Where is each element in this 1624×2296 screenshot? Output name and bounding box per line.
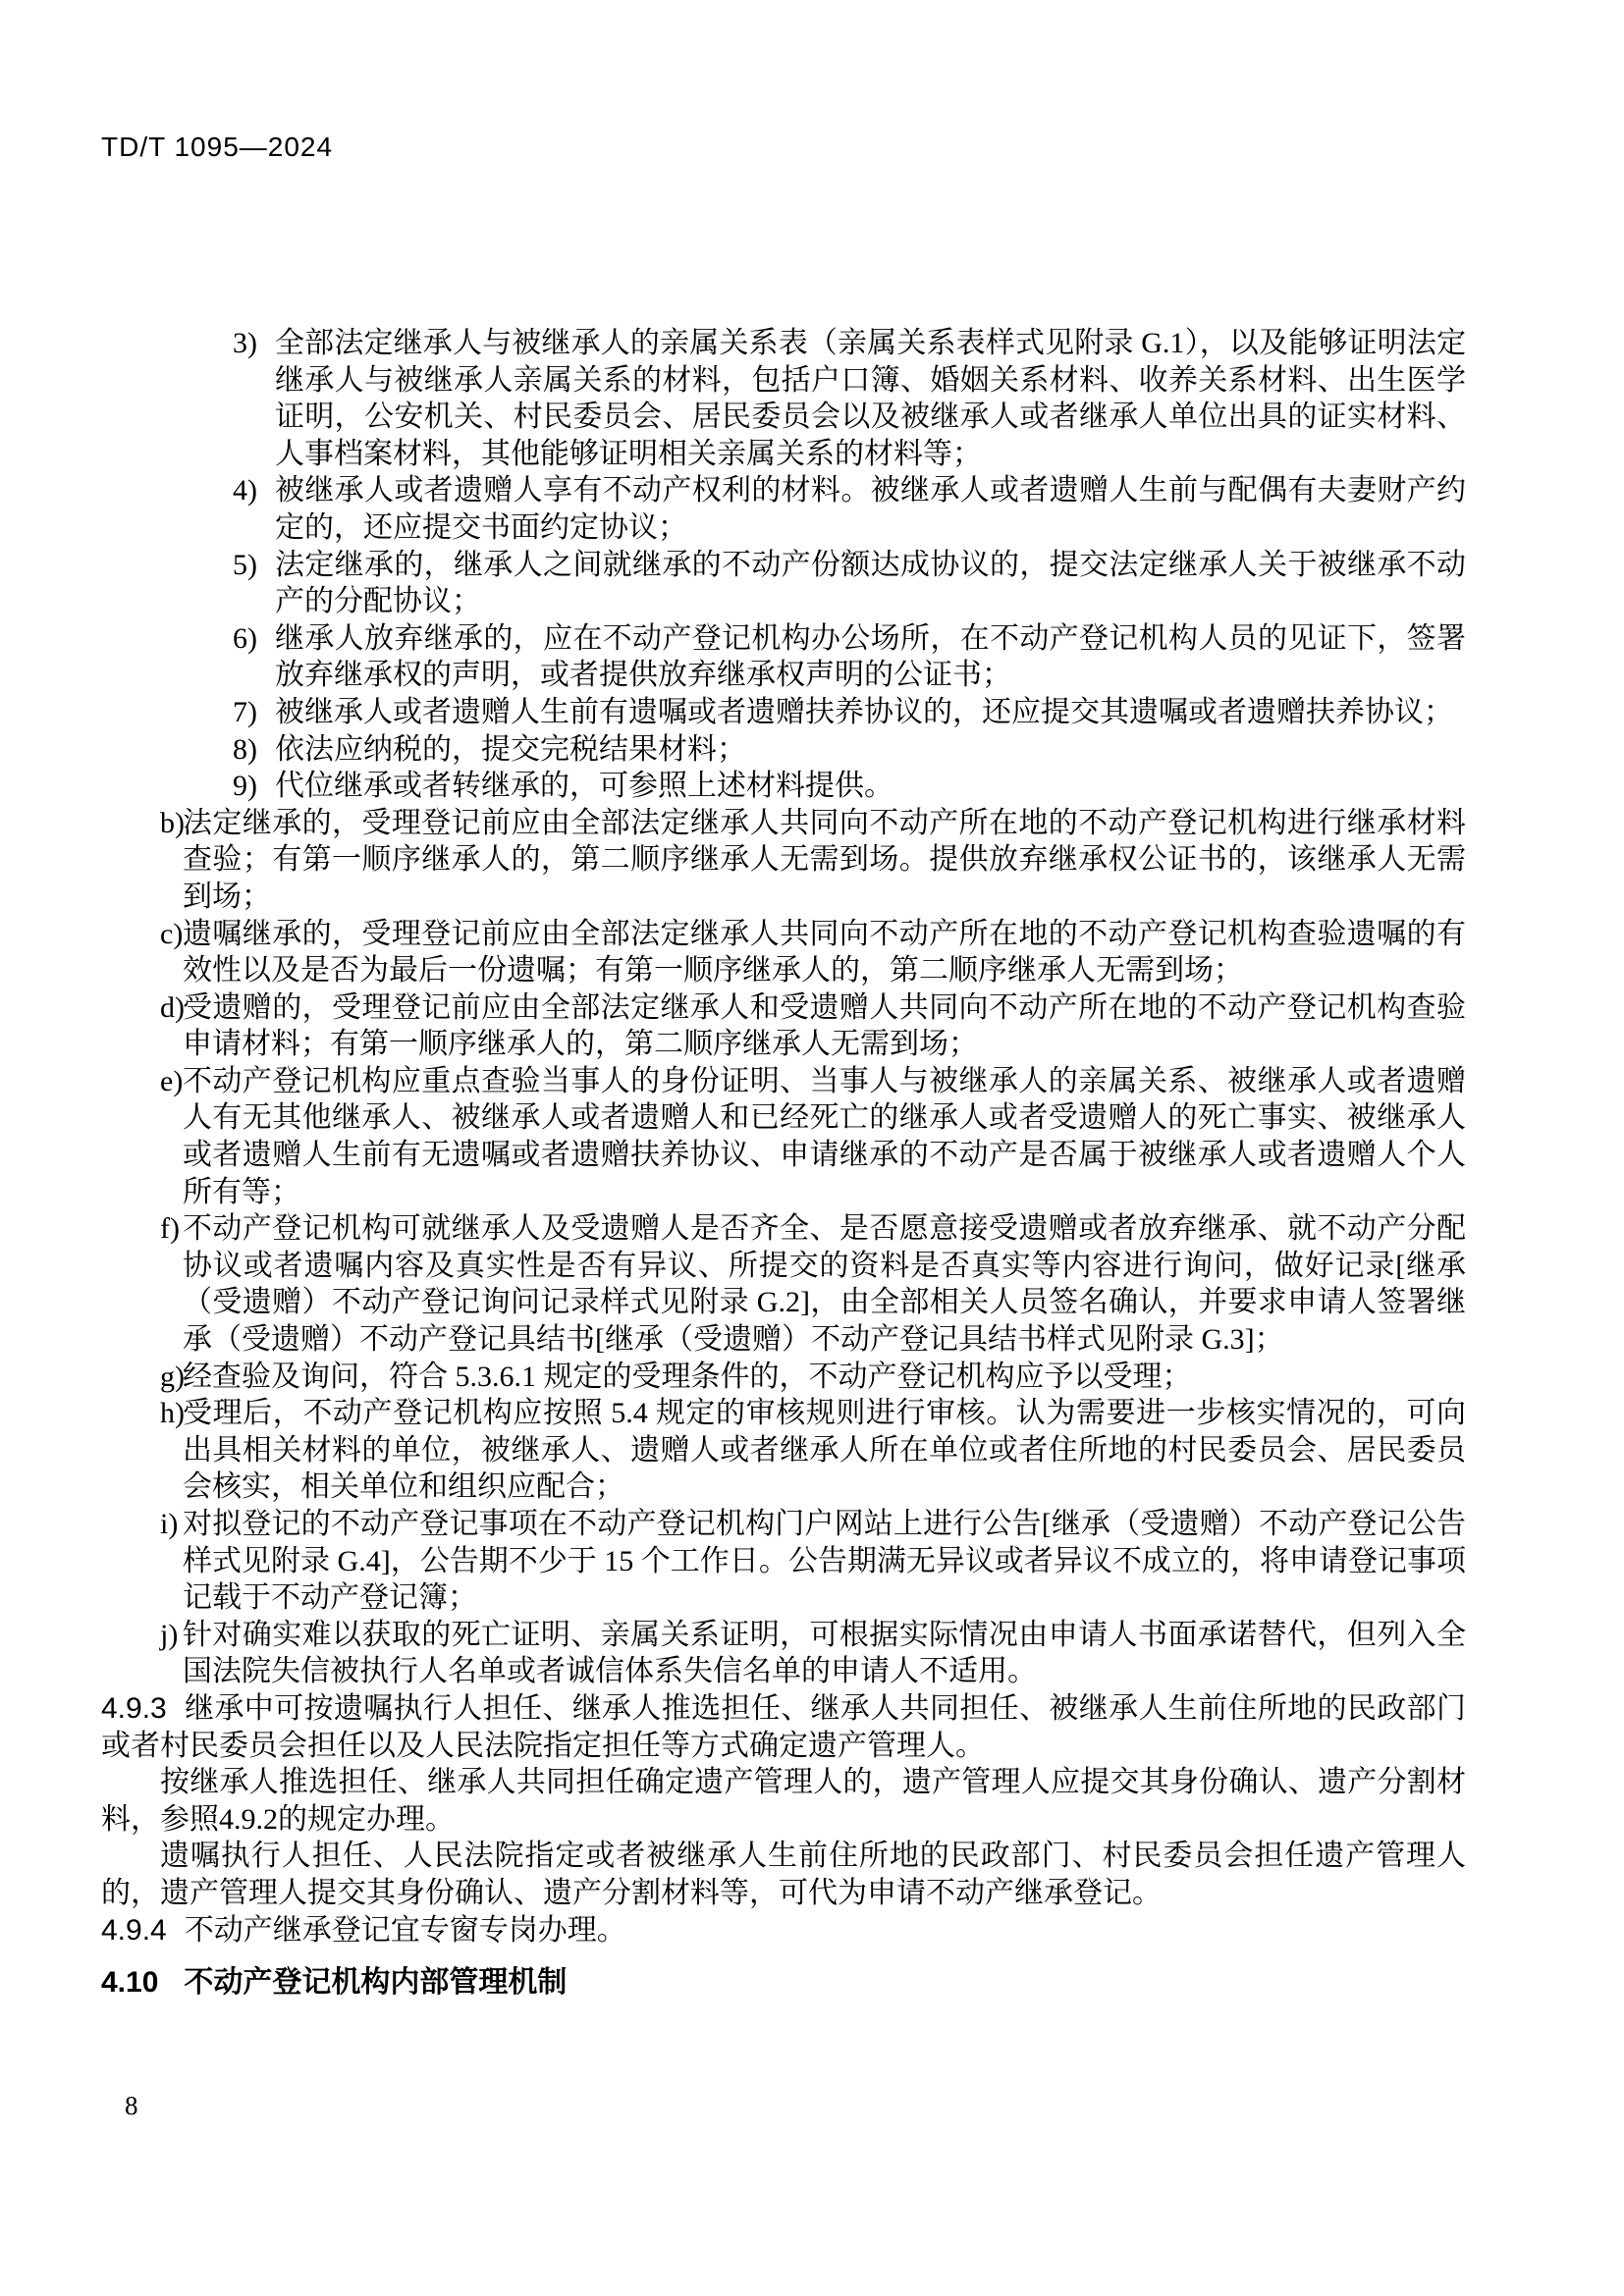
list-marker: 8) (233, 731, 257, 769)
list-marker: 3) (233, 325, 257, 362)
clause-4-9-4: 4.9.4不动产继承登记宜专窗专岗办理。 (101, 1912, 1466, 1949)
clause-number: 4.9.3 (101, 1692, 167, 1725)
section-title: 不动产登记机构内部管理机制 (184, 1966, 567, 1999)
list-item-6: 6) 继承人放弃继承的，应在不动产登记机构办公场所，在不动产登记机构人员的见证下… (101, 620, 1466, 694)
list-text: 受遗赠的，受理登记前应由全部法定继承人和受遗赠人共同向不动产所在地的不动产登记机… (183, 991, 1466, 1061)
list-item-c: c) 遗嘱继承的，受理登记前应由全部法定继承人共同向不动产所在地的不动产登记机构… (101, 916, 1466, 989)
paragraph: 按继承人推选担任、继承人共同担任确定遗产管理人的，遗产管理人应提交其身份确认、遗… (101, 1764, 1466, 1838)
document-body: 3) 全部法定继承人与被继承人的亲属关系表（亲属关系表样式见附录 G.1），以及… (101, 325, 1466, 2002)
list-text: 经查验及询问，符合 5.3.6.1 规定的受理条件的，不动产登记机构应予以受理； (183, 1361, 1192, 1393)
clause-text: 继承中可按遗嘱执行人担任、继承人推选担任、继承人共同担任、被继承人生前住所地的民… (101, 1692, 1466, 1762)
list-text: 法定继承的，受理登记前应由全部法定继承人共同向不动产所在地的不动产登记机构进行继… (183, 807, 1466, 913)
list-text: 针对确实难以获取的死亡证明、亲属关系证明，可根据实际情况由申请人书面承诺替代，但… (183, 1619, 1466, 1688)
list-item-b: b) 法定继承的，受理登记前应由全部法定继承人共同向不动产所在地的不动产登记机构… (101, 805, 1466, 916)
list-text: 代位继承或者转继承的，可参照上述材料提供。 (275, 770, 893, 802)
list-item-h: h) 受理后，不动产登记机构应按照 5.4 规定的审核规则进行审核。认为需要进一… (101, 1395, 1466, 1506)
list-marker: b) (160, 805, 185, 842)
standard-number: TD/T 1095—2024 (101, 132, 333, 163)
list-text: 遗嘱继承的，受理登记前应由全部法定继承人共同向不动产所在地的不动产登记机构查验遗… (183, 918, 1466, 988)
list-text: 法定继承的，继承人之间就继承的不动产份额达成协议的，提交法定继承人关于被继承不动… (275, 549, 1466, 618)
list-item-3: 3) 全部法定继承人与被继承人的亲属关系表（亲属关系表样式见附录 G.1），以及… (101, 325, 1466, 472)
list-text: 对拟登记的不动产登记事项在不动产登记机构门户网站上进行公告[继承（受遗赠）不动产… (183, 1508, 1466, 1614)
list-text: 不动产登记机构应重点查验当事人的身份证明、当事人与被继承人的亲属关系、被继承人或… (183, 1065, 1466, 1208)
list-marker: c) (160, 916, 183, 953)
list-marker: 6) (233, 620, 257, 658)
list-marker: 5) (233, 547, 257, 584)
list-item-9: 9) 代位继承或者转继承的，可参照上述材料提供。 (101, 768, 1466, 805)
list-text: 不动产登记机构可就继承人及受遗赠人是否齐全、是否愿意接受遗赠或者放弃继承、就不动… (183, 1212, 1466, 1356)
list-text: 受理后，不动产登记机构应按照 5.4 规定的审核规则进行审核。认为需要进一步核实… (183, 1397, 1466, 1503)
list-marker: e) (160, 1063, 183, 1100)
list-item-8: 8) 依法应纳税的，提交完税结果材料； (101, 731, 1466, 769)
list-marker: f) (160, 1210, 180, 1248)
list-text: 全部法定继承人与被继承人的亲属关系表（亲属关系表样式见附录 G.1），以及能够证… (275, 327, 1466, 470)
list-item-5: 5) 法定继承的，继承人之间就继承的不动产份额达成协议的，提交法定继承人关于被继… (101, 547, 1466, 620)
clause-text: 不动产继承登记宜专窗专岗办理。 (185, 1914, 626, 1947)
list-item-d: d) 受遗赠的，受理登记前应由全部法定继承人和受遗赠人共同向不动产所在地的不动产… (101, 989, 1466, 1063)
list-text: 被继承人或者遗赠人享有不动产权利的材料。被继承人或者遗赠人生前与配偶有夫妻财产约… (275, 474, 1466, 544)
list-item-e: e) 不动产登记机构应重点查验当事人的身份证明、当事人与被继承人的亲属关系、被继… (101, 1063, 1466, 1210)
list-marker: d) (160, 989, 185, 1027)
list-marker: j) (160, 1617, 178, 1654)
page-number: 8 (125, 2091, 138, 2121)
list-marker: g) (160, 1359, 185, 1396)
list-item-7: 7) 被继承人或者遗赠人生前有遗嘱或者遗赠扶养协议的，还应提交其遗嘱或者遗赠扶养… (101, 694, 1466, 731)
list-item-g: g) 经查验及询问，符合 5.3.6.1 规定的受理条件的，不动产登记机构应予以… (101, 1359, 1466, 1396)
list-text: 依法应纳税的，提交完税结果材料； (275, 733, 746, 766)
list-item-f: f) 不动产登记机构可就继承人及受遗赠人是否齐全、是否愿意接受遗赠或者放弃继承、… (101, 1210, 1466, 1358)
list-marker: 9) (233, 768, 257, 805)
list-text: 被继承人或者遗赠人生前有遗嘱或者遗赠扶养协议的，还应提交其遗嘱或者遗赠扶养协议； (275, 696, 1453, 728)
list-marker: 4) (233, 472, 257, 509)
list-item-j: j) 针对确实难以获取的死亡证明、亲属关系证明，可根据实际情况由申请人书面承诺替… (101, 1617, 1466, 1690)
list-marker: h) (160, 1395, 185, 1432)
list-item-4: 4) 被继承人或者遗赠人享有不动产权利的材料。被继承人或者遗赠人生前与配偶有夫妻… (101, 472, 1466, 546)
list-text: 继承人放弃继承的，应在不动产登记机构办公场所，在不动产登记机构人员的见证下，签署… (275, 622, 1466, 692)
list-marker: 7) (233, 694, 257, 731)
list-item-i: i) 对拟登记的不动产登记事项在不动产登记机构门户网站上进行公告[继承（受遗赠）… (101, 1506, 1466, 1617)
paragraph: 遗嘱执行人担任、人民法院指定或者被继承人生前住所地的民政部门、村民委员会担任遗产… (101, 1838, 1466, 1911)
list-marker: i) (160, 1506, 178, 1543)
document-page: TD/T 1095—2024 3) 全部法定继承人与被继承人的亲属关系表（亲属关… (0, 0, 1624, 2296)
section-heading-4-10: 4.10不动产登记机构内部管理机制 (101, 1964, 1466, 2002)
section-number: 4.10 (101, 1966, 158, 1999)
clause-4-9-3: 4.9.3继承中可按遗嘱执行人担任、继承人推选担任、继承人共同担任、被继承人生前… (101, 1690, 1466, 1764)
clause-number: 4.9.4 (101, 1914, 167, 1947)
